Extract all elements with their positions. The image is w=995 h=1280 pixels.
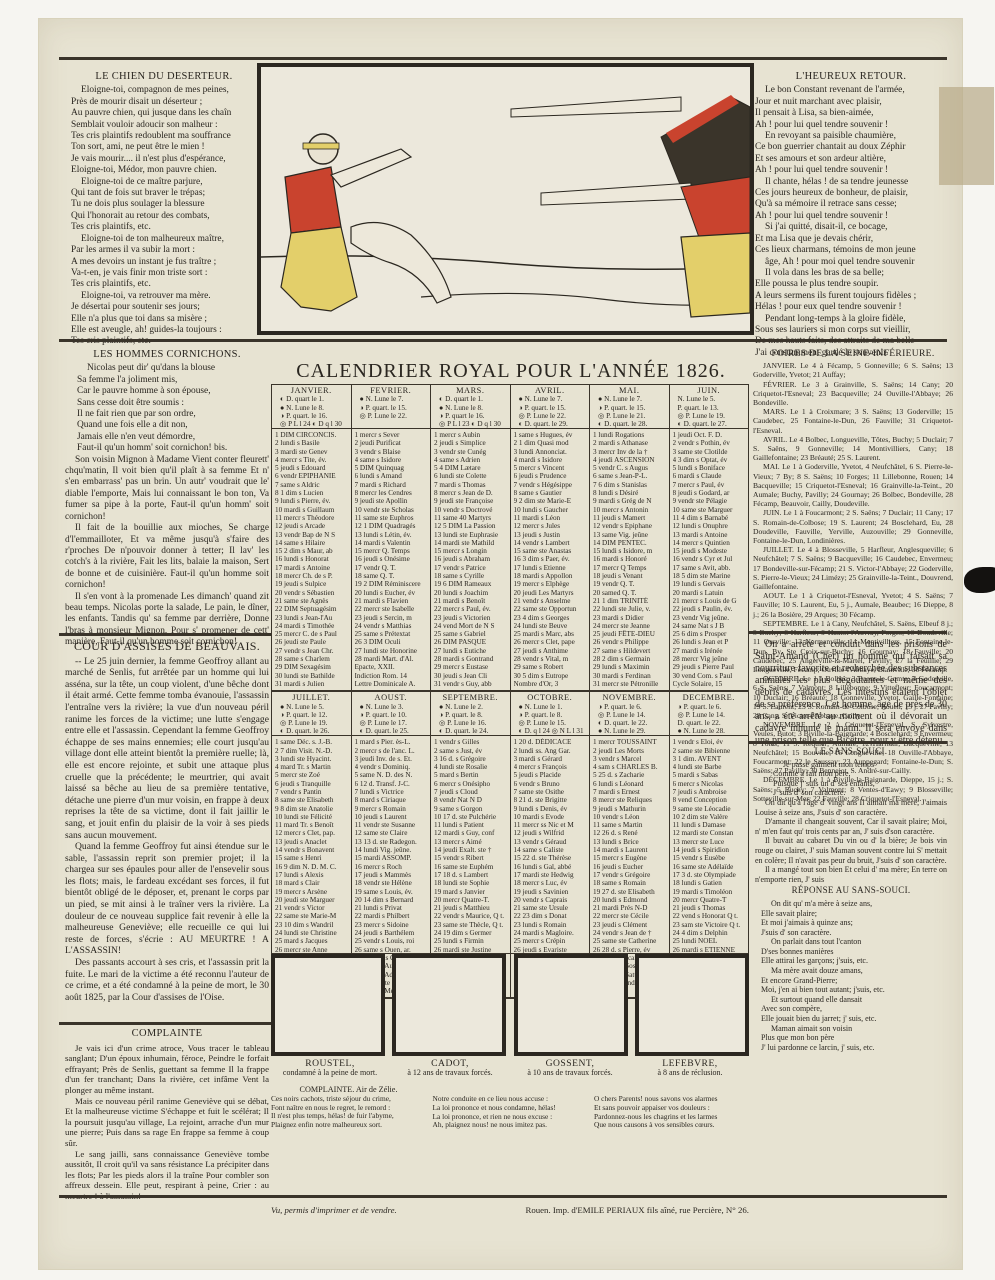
section-rule [59,633,271,636]
day-entry: 12 mardi s Guy, conf [434,829,507,837]
day-entry: 25 same ste Catherine [593,937,666,945]
day-entry: 10 2 dim ste Valère [673,813,746,821]
moon-phase: ◎ P. Lune le 22. [513,412,588,420]
day-entry: 15 mercr s Eugène [593,854,666,862]
day-entry: 19 same s Louis, év. [355,888,428,896]
day-entry: 7 mercr s Paul, év [673,481,746,489]
day-entry: 29 DIM Sexagésim [275,663,348,671]
day-entry: 4 jeudi ASCENSION [593,456,666,464]
calendar-month: JANVIER.◐ D. quart le 1.● N. Lune le 8.◑… [272,385,352,690]
day-entry: 26 DIM PASQUE [434,638,507,646]
day-entry: 26 mardi ste Justine [434,946,507,954]
day-entry: 14 vendr s Lambert [514,539,587,547]
day-entry: 23 jeudi s Clément [593,921,666,929]
portrait-lefebvre [635,954,749,1056]
day-entry: 3 1 dim. AVENT [673,755,746,763]
day-entry: 23 vendr Vig jeûne. [673,614,746,622]
poem-heureux-retour: L'HEUREUX RETOUR. Le bon Constant revena… [755,71,947,359]
article-cour-assises: COUR D'ASSISES DE BEAUVAIS. -- Le 25 jui… [65,641,269,1003]
day-entry: 24 4 dim s Delphin [673,929,746,937]
day-entry: 14 same s Caliste [514,846,587,854]
section-rule [749,631,947,634]
day-entry: 9 mardi s Grég de N [593,497,666,505]
day-entry: 2 1 dim Quasi mod [514,439,587,447]
day-entry: 13 jeudi s Justin [514,531,587,539]
day-entry: 17 jeudi s Mammès [355,871,428,879]
day-entry: 27 vendr s Jean Chr. [275,647,348,655]
complainte-zelie: COMPLAINTE. Air de Zélie. Ces noirs cach… [271,1086,749,1130]
day-entry: 5 same N. D. des N. [355,771,428,779]
foire-month: AOUT. [763,591,785,600]
convict-portraits [271,954,749,1056]
portrait-roustel [271,954,385,1056]
month-days: 1 lundi Rogations2 mardi s Athanase3 mer… [590,429,669,690]
day-entry: 10 lundi s Gaucher [514,506,587,514]
day-entry: 21 mardi Prés N-D [593,904,666,912]
day-entry: 26 3 DIM Oculi [355,638,428,646]
day-entry: 21 1 dim TRINITÉ [593,597,666,605]
day-entry: 21 jeudi s Thomas [673,904,746,912]
calendar-month: MARS.◐ D. quart le 1.● N. Lune le 8.◑ P.… [431,385,511,690]
month-days: 1 same s Hugues, év2 1 dim Quasi mod3 lu… [511,429,590,690]
day-entry: 30 jeudi s Jean Cli [434,672,507,680]
day-entry: 4 mardi s Isidore [514,456,587,464]
day-entry: 10 lundi ste Félicité [275,813,348,821]
day-entry: 3 mardi s Gérard [514,755,587,763]
day-entry: 2 jeudi Purificat [355,439,428,447]
day-entry: 22 mercr ste Isabelle [355,605,428,613]
day-entry: 29 jeudi s Pierre Paul [673,663,746,671]
day-entry: 12 mercr s Clet, pap. [275,829,348,837]
complainte-title: COMPLAINTE [65,1029,269,1040]
day-entry: 3 lundi ste Hyacint. [275,755,348,763]
day-entry: 11 lundi s Patient [434,821,507,829]
day-entry: 15 mardi ASSOMP. [355,854,428,862]
day-entry: 25 same s Gabriel [434,630,507,638]
day-entry: 15 same s Henri [275,854,348,862]
day-entry: 18 mercr s Luc, év [514,879,587,887]
day-entry: 12 mardi ste Constan [673,829,746,837]
day-entry: 14 mardi s Valentin [355,539,428,547]
day-entry: 21 mardi s Flavien [355,597,428,605]
moon-phase: ◑ P. quart. le 15. [354,404,429,412]
day-entry: 19 2 DIM Réminiscere [355,580,428,588]
day-entry: 1 DIM CIRCONCIS. [275,431,348,439]
day-entry: 8 vendr Nat N D [434,796,507,804]
day-entry: 4 same s Isidore [355,456,428,464]
calendar-month: MAI.● N. Lune le 7.◑ P. quart. le 15.◎ P… [590,385,670,690]
day-entry: 14 vendr s Bonavent [275,846,348,854]
day-entry: 12 1 DIM Quadragés [355,522,428,530]
day-entry: 17 3 d. ste Olympiade [673,871,746,879]
day-entry: 7 lundi s Victrice [355,788,428,796]
day-entry: 12 26 d. s René [593,829,666,837]
day-entry: 14 DIM PENTEC. [593,539,666,547]
day-entry: 5 4 DIM Lætare [434,464,507,472]
day-entry: 2 mardi s Athanase [593,439,666,447]
day-entry: 28 mardi Mart. d'Al. [355,655,428,663]
day-entry: 8 mercr ste Reliques [593,796,666,804]
day-entry: 30 vend Com. s Paul [673,672,746,680]
day-entry: 10 mardi s Evode [514,813,587,821]
day-entry: 18 mercr Ch. de s P. [275,572,348,580]
moon-phase: ◑ P. quart. le 8. [433,711,508,719]
day-entry: 18 same Q. T. [355,572,428,580]
day-entry: 8 1 dim s Lucien [275,489,348,497]
day-entry: 13 lundi s Létin, év. [355,531,428,539]
day-entry: 8 mard s Ciriaque [355,796,428,804]
day-entry: 22 DIM Septuagésim [275,605,348,613]
day-entry: 17 mardi ste Hedwig [514,871,587,879]
day-entry: 9 lundi s Pierre, év. [275,497,348,505]
moon-phase: ● N. Lune le 28. [672,727,747,735]
day-entry: 28 2 dim s Germain [593,655,666,663]
calendar-month: FEVRIER.● N. Lune le 7.◑ P. quart. le 15… [352,385,432,690]
day-entry: 8 mercr les Cendres [355,489,428,497]
moon-phase: ◐ D. quart. le 24. [433,727,508,735]
poem-chien-deserteur: LE CHIEN DU DESERTEUR. Eloigne-toi, comp… [71,71,257,348]
day-entry: 11 same s Martin [593,821,666,829]
day-entry: 24 jeudi s Barthélem [355,929,428,937]
day-entry: 9 jeudi ste Apollin [355,497,428,505]
day-entry: 7 jeudi s Ambroise [673,788,746,796]
moon-phase: ◑ P. quart. le 16. [274,412,349,420]
day-entry: 1 same s Hugues, év [514,431,587,439]
day-entry: 18 vendr ste Hélène [355,879,428,887]
day-entry: 22 vend s Honorat Q t. [673,912,746,920]
day-entry: 24 19 dim s Germer [434,929,507,937]
foire-month: JUILLET. [763,545,794,554]
day-entry: 26 lundi s Jean et P [673,638,746,646]
day-entry: 13 same Vig. jeûne [593,531,666,539]
moon-phase: ● N. Lune le 8. [433,404,508,412]
day-entry: 19 6 DIM Rameaux [434,580,507,588]
day-entry: 1 20 d. DÉDICACE [514,738,587,746]
month-name: SEPTEMBRE. [433,694,508,702]
day-entry: 9 jeudi ste Françoise [434,497,507,505]
day-entry: 4 mercr s Tite, év. [275,456,348,464]
month-name: MAI. [592,387,667,395]
day-entry: 9 jeudi s Mathurin [593,805,666,813]
day-entry: 23 jeudi s Sercin, m [355,614,428,622]
day-entry: 11 jeudi s Mamert [593,514,666,522]
day-entry: 6 lundi ste Colette [434,472,507,480]
day-entry: 2 lundi s Basile [275,439,348,447]
moon-phase: ◐ D. q l 24 ◎ N L l 31 [513,727,588,735]
day-entry: 12 jeudi s Arcade [275,522,348,530]
moon-phase: ◑ P. quart. le 12. [274,711,349,719]
day-entry: 3 16 d. s Grégoire [434,755,507,763]
reponse-title: RÉPONSE AU SANS-SOUCI. [755,886,947,896]
day-entry: 23 lundi s Romain [514,921,587,929]
day-entry: 6 same s Jean-P-L. [593,472,666,480]
day-entry: 5 DIM Quinquag [355,464,428,472]
day-entry: 24 vendr s Matthias [355,622,428,630]
month-days: 1 mercr TOUSSAINT2 jeudi Les Morts3 vend… [590,736,669,989]
calendar-month: OCTOBRE.● N. Lune le 1.◑ P. quart. le 8.… [511,692,591,997]
day-entry: 6 vendr s Bruno [514,780,587,788]
calendar-month: SEPTEMBRE.● N. Lune le 2.◑ P. quart. le … [431,692,511,997]
portrait-cadot [392,954,506,1056]
moon-phase: ◎ P. Lune le 15. [513,719,588,727]
day-entry: 26 jeudi s Evariste [514,946,587,954]
day-entry: 20 vendr s Caprais [514,896,587,904]
day-entry: 6 jeudi s Tranquille [275,780,348,788]
month-header: JANVIER.◐ D. quart le 1.● N. Lune le 8.◑… [272,385,351,429]
reponse-verse: On dit qu' m'a mère à seize ans,Elle sav… [755,899,947,1053]
day-entry: 17 vendr s Patrice [434,564,507,572]
day-entry: 5 jeudi s Edouard [275,464,348,472]
day-entry: 27 mardi s Irénée [673,647,746,655]
day-entry: 23 jeudi s Victorien [434,614,507,622]
day-entry: 25 mercr s Crépin [514,937,587,945]
month-header: OCTOBRE.● N. Lune le 1.◑ P. quart. le 8.… [511,692,590,736]
day-entry: 3 mercr Inv de la † [593,448,666,456]
day-entry: 25 mercr C. de s Paul [275,630,348,638]
day-entry: 26 jeudi ste Paule [275,638,348,646]
calendar-half-1: JANVIER.◐ D. quart le 1.● N. Lune le 8.◑… [272,385,748,692]
day-entry: 22 mardi s Philbert [355,912,428,920]
day-entry: 14 jeudi Exalt. ste † [434,846,507,854]
day-entry: 15 mercr s Longin [434,547,507,555]
day-entry: 27 same s Hildevert [593,647,666,655]
calendar-month: JUILLET.● N. Lune le 5.◑ P. quart. le 12… [272,692,352,997]
day-entry: 10 jeudi s Laurent [355,813,428,821]
moon-phase: ◑ P. quart. le 6. [672,703,747,711]
day-entry: 20 mardi s Latuin [673,589,746,597]
day-entry: 16 same ste Adélaïde [673,863,746,871]
day-entry: 19 mardi s Timoléon [673,888,746,896]
day-entry: 1 vendr s Gilles [434,738,507,746]
foire-entry: JUIN. Le 1 à Foucarmont; 2 S. Saëns; 7 D… [753,508,953,545]
day-entry: 16 same ste Euphém [434,863,507,871]
calendar-month: AVRIL.● N. Lune le 7.◑ P. quart. le 15.◎… [511,385,591,690]
article-saint-amand: On a arrêté et conduit dans les prisons … [755,639,947,747]
day-entry: 21 mercr s Louis de G [673,597,746,605]
day-entry: 16 3 dim s Paer, év. [514,555,587,563]
moon-phase: D. quart. le 22. [672,719,747,727]
day-entry: 24 mercr ste Jeanne [593,622,666,630]
day-entry: 9 vendr ste Pélagie [673,497,746,505]
moon-phase: ◑ P. quart. le 15. [513,404,588,412]
day-entry: 10 mardi s Guillaum [275,506,348,514]
month-name: JUIN. [672,387,747,395]
day-entry: 21 vendr s Victor [275,904,348,912]
moon-phase: ◎ P. Lune le 19. [672,412,747,420]
day-entry: 29 same s Robert [514,663,587,671]
day-entry: 5 mercr ste Zoé [275,771,348,779]
day-entry: 5 lundi s Boniface [673,464,746,472]
day-entry: 15 vendr s Ribert [434,854,507,862]
day-entry: 4 mercr s François [514,763,587,771]
section-rule [59,339,947,342]
moon-phase: ◑ P. quart. le 6. [592,703,667,711]
poem-title: LE CHIEN DU DESERTEUR. [71,71,257,82]
day-entry: 20 jeudi Les Martyrs [514,589,587,597]
broadsheet: LE CHIEN DU DESERTEUR. Eloigne-toi, comp… [38,18,963,1270]
day-entry: 8 jeudi s Godard, ar [673,489,746,497]
day-entry: 30 mardi s Ferdinan [593,672,666,680]
month-header: FEVRIER.● N. Lune le 7.◑ P. quart. le 15… [352,385,431,429]
day-entry: 4 sam s CHARLES B. [593,763,666,771]
day-entry: 11 same ste Euphros [355,514,428,522]
moon-phase: ◐ D. quart. le 26. [274,727,349,735]
day-entry: 15 jeudi s Modeste [673,547,746,555]
month-header: MAI.● N. Lune le 7.◑ P. quart. le 15.◎ P… [590,385,669,429]
foire-entry: MAI. Le 1 à Goderville, Yvetot, 4 Neufch… [753,462,953,508]
moon-phase: ◐ D. quart. le 27. [672,420,747,428]
article-title: COUR D'ASSISES DE BEAUVAIS. [65,641,269,653]
day-entry: 22 lundi ste Julie, v. [593,605,666,613]
foire-month: AVRIL. [763,435,787,444]
day-entry: 2 7 dim Visit. N.-D. [275,747,348,755]
section-rule [59,1022,271,1025]
day-entry: 6 12 d. Transf. J-C. [355,780,428,788]
day-entry: 16 jeudi s Onésime [355,555,428,563]
day-entry: 4 vendr s Dominiq. [355,763,428,771]
day-entry: 18 same s Cyrille [434,572,507,580]
moon-phase: ◎ P. Lune le 16. [433,719,508,727]
paper-tear [964,567,995,593]
day-entry: Lettre Dominicale A. [355,680,428,688]
foire-month: JUIN. [763,508,781,517]
day-entry: 18 jeudi s Venant [593,572,666,580]
day-entry: 26 vendr s Philippe [593,638,666,646]
day-entry: 21 lundi s Privat [355,904,428,912]
day-entry: 8 mercr s Jean de D. [434,489,507,497]
month-name: FEVRIER. [354,387,429,395]
moon-phase: ◑ P. quart. le 10. [354,711,429,719]
day-entry: 17 mardi s Antoine [275,564,348,572]
day-entry: 27 lundi s Eutiche [434,647,507,655]
portrait-gossent [514,954,628,1056]
top-rule [59,57,947,60]
section-rule [749,741,947,744]
day-entry: 8 vend Conception [673,796,746,804]
moon-phase: N. Lune le 5. [672,395,747,403]
day-entry: 4 lundi ste Rosalie [434,763,507,771]
day-entry: 12 lundi s Onuphre [673,522,746,530]
day-entry: 13 vendr Bap de N S [275,531,348,539]
day-entry: 19 mercr s Arsène [275,888,348,896]
day-entry: 16 lundi s Gal, abbé [514,863,587,871]
day-entry: 3 vendr s Blaise [355,448,428,456]
day-entry: 17 same s Avit, abb. [673,564,746,572]
day-entry: 29 lundi s Maximin [593,663,666,671]
day-entry: 18 mard s Clair [275,879,348,887]
day-entry: 8 same s Gautier [514,489,587,497]
day-entry: 13 jeudi s Anaclet [275,838,348,846]
day-entry: 28 vendr s Vital, m [514,655,587,663]
month-name: AVRIL. [513,387,588,395]
day-entry: 16 jeudi s Eucher [593,863,666,871]
day-entry: 7 mardi s Ernest [593,788,666,796]
day-entry: 21 jeudi s Matthieu [434,904,507,912]
day-entry: 25 lundi s Firmin [434,937,507,945]
day-entry: 9 same ste Léocadie [673,805,746,813]
day-entry: 13 mercr s Aimé [434,838,507,846]
moon-phase: ◐ D. quart le 1. [433,395,508,403]
song-sans-souci: LE SANS-SOUCI. Je passe gaîment mon temp… [755,747,947,1052]
day-entry: 1 mercr TOUSSAINT [593,738,666,746]
day-entry: 7 vendr s Hégésippe [514,481,587,489]
day-entry: 16 mardi s Honoré [593,555,666,563]
day-entry: 19 jeudi s Savinien [514,888,587,896]
day-entry: 22 mercr ste Cécile [593,912,666,920]
day-entry: 18 5 dim ste Marine [673,572,746,580]
day-entry: 2 mercr s de l'anc. L. [355,747,428,755]
calendar-month: NOVEMBRE.◑ P. quart. le 6.◎ P. Lune le 1… [590,692,670,997]
day-entry: 24 same Nat s J B [673,622,746,630]
day-entry: 6 mardi s Claude [673,472,746,480]
day-entry: 15 mercr Q. Temps [355,547,428,555]
month-days: 1 mercr s Aubin2 jeudi s Simplice3 vendr… [431,429,510,690]
day-entry: 2 same s Just, év [434,747,507,755]
day-entry: 30 5 dim s Eutrope [514,672,587,680]
song-hommes-cornichons: LES HOMMES CORNICHONS. Nicolas peut dir'… [65,349,269,649]
day-entry: 6 vendr EPIPHANIE [275,472,348,480]
day-entry: 22 vendr s Maurice, Q t. [434,912,507,920]
day-entry: 8 lundi s Désiré [593,489,666,497]
moon-phase: ● N. Lune le 29. [592,727,667,735]
day-entry: 14 same s Hilaire [275,539,348,547]
day-entry: 11 lundi s Damase [673,821,746,829]
day-entry: 24 vendr s Jean de † [593,929,666,937]
month-header: AOUST.● N. Lune le 3.◑ P. quart. le 10.◎… [352,692,431,736]
day-entry: Epacte, XXII. [355,663,428,671]
day-entry: 31 vendr s Guy, abb [434,680,507,688]
day-entry: 11 mardi s Léon [514,514,587,522]
day-entry: 4 mard Tr. s Martin [275,763,348,771]
day-entry: 23 lundi s Jean-l'Au [275,614,348,622]
moon-phase: ◐ D. quart le 1. [274,395,349,403]
month-name: AOUST. [354,694,429,702]
day-entry: 26 mercr ste Anne [275,946,348,954]
day-entry: 11 4 dim s Barnabé [673,514,746,522]
calendar-1826: JANVIER.◐ D. quart le 1.● N. Lune le 8.◑… [271,384,749,954]
day-entry: 7 vendr s Pantin [275,788,348,796]
day-entry: 7 mardi s Richard [355,481,428,489]
day-entry: 11 mercr ss Nic et M [514,821,587,829]
calendar-month: AOUST.● N. Lune le 3.◑ P. quart. le 10.◎… [352,692,432,997]
day-entry: 3 lundi Annonciat. [514,448,587,456]
day-entry: 5 mercr s Vincent [514,464,587,472]
moon-phase: ● N. Lune le 2. [433,703,508,711]
moon-phase: ◎ P L l 23 ◐ D q l 30 [433,420,508,428]
day-entry: 14 jeudi s Spiridion [673,846,746,854]
day-entry: 27 lundi ste Honorine [355,647,428,655]
calendar-title: CALENDRIER ROYAL POUR L'ANNÉE 1826. [271,360,751,383]
day-entry: 23 mercr s Sidoine [355,921,428,929]
month-name: OCTOBRE. [513,694,588,702]
moon-phase: ● N. Lune le 1. [513,703,588,711]
day-entry: 1 mard s Pier. ès-L. [355,738,428,746]
day-entry: 20 lundi s Eucher, év [355,589,428,597]
day-entry: 2 vendr s Pothin, év [673,439,746,447]
tape-patch [939,87,994,185]
day-entry: 17 vendr Q. T. [355,564,428,572]
day-entry: 15 2 dim s Maur, ab [275,547,348,555]
calendar-month: JUIN.N. Lune le 5.P. quart. le 13.◎ P. L… [670,385,749,690]
moon-phase: ◎ P L l 24 ◐ D q l 30 [274,420,349,428]
day-entry: 12 vendr s Epiphane [593,522,666,530]
foire-entry: AOUT. Le 1 à Criquetot-l'Esneval, Yvetot… [753,591,953,619]
month-name: NOVEMBRE. [592,694,667,702]
day-entry: 22 mercr s Paul, év. [434,605,507,613]
month-header: JUILLET.● N. Lune le 5.◑ P. quart. le 12… [272,692,351,736]
day-entry: 26 same s Ouen, ar. [355,946,428,954]
day-entry: 7 same ste Osithe [514,788,587,796]
